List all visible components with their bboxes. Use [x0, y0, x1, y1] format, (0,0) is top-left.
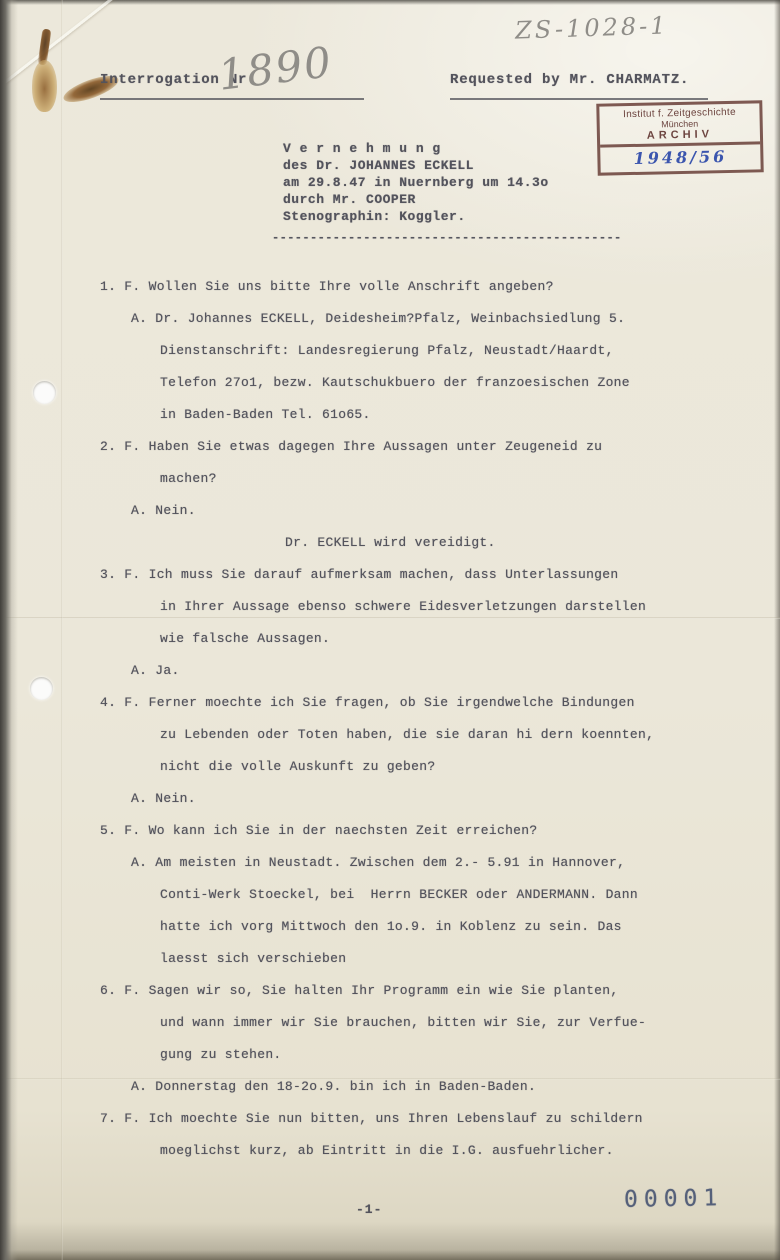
typed-line: in Baden-Baden Tel. 61o65.	[0, 399, 780, 431]
typed-line: nicht die volle Auskunft zu geben?	[0, 751, 780, 783]
typed-line: 3. F. Ich muss Sie darauf aufmerksam mac…	[0, 559, 780, 591]
typed-line: A. Donnerstag den 18-2o.9. bin ich in Ba…	[0, 1071, 780, 1103]
typed-line: Dr. ECKELL wird vereidigt.	[0, 527, 780, 559]
typed-line: laesst sich verschieben	[0, 943, 780, 975]
typed-line: gung zu stehen.	[0, 1039, 780, 1071]
typed-line: Dienstanschrift: Landesregierung Pfalz, …	[0, 335, 780, 367]
requested-by-label: Requested by Mr. CHARMATZ.	[450, 72, 708, 100]
typed-line: 6. F. Sagen wir so, Sie halten Ihr Progr…	[0, 975, 780, 1007]
handwritten-archive-code: ZS-1028-1	[515, 11, 669, 44]
title-block-line: durch Mr. COOPER	[283, 191, 549, 208]
handwritten-registry-number: 1948/56	[600, 141, 760, 168]
page-number: -1-	[356, 1202, 382, 1217]
typed-line: A. Nein.	[0, 495, 780, 527]
archive-ink-stamp: Institut f. Zeitgeschichte München ARCHI…	[596, 100, 763, 175]
typed-line: A. Am meisten in Neustadt. Zwischen dem …	[0, 847, 780, 879]
dashed-separator: ----------------------------------------…	[272, 231, 622, 245]
typed-line: hatte ich vorg Mittwoch den 1o.9. in Kob…	[0, 911, 780, 943]
typed-line: machen?	[0, 463, 780, 495]
typed-line: zu Lebenden oder Toten haben, die sie da…	[0, 719, 780, 751]
typed-line: 5. F. Wo kann ich Sie in der naechsten Z…	[0, 815, 780, 847]
document-title-block: V e r n e h m u n gdes Dr. JOHANNES ECKE…	[283, 140, 549, 225]
scanned-document-page: ZS-1028-1 Interrogation Nr. 1890 Request…	[0, 0, 780, 1260]
typed-line: moeglichst kurz, ab Eintritt in die I.G.…	[0, 1135, 780, 1167]
interrogation-transcript: 1. F. Wollen Sie uns bitte Ihre volle An…	[0, 271, 780, 1167]
title-block-line: Stenographin: Koggler.	[283, 208, 549, 225]
scan-edge-top	[0, 0, 780, 5]
rust-stain	[32, 60, 57, 112]
typed-line: 1. F. Wollen Sie uns bitte Ihre volle An…	[0, 271, 780, 303]
typed-line: A. Nein.	[0, 783, 780, 815]
typed-line: 7. F. Ich moechte Sie nun bitten, uns Ih…	[0, 1103, 780, 1135]
typed-line: wie falsche Aussagen.	[0, 623, 780, 655]
typed-line: 2. F. Haben Sie etwas dagegen Ihre Aussa…	[0, 431, 780, 463]
title-block-line: V e r n e h m u n g	[283, 140, 549, 157]
pagination-stamp: 00001	[624, 1185, 724, 1213]
typed-line: A. Ja.	[0, 655, 780, 687]
typed-line: Telefon 27o1, bezw. Kautschukbuero der f…	[0, 367, 780, 399]
typed-line: 4. F. Ferner moechte ich Sie fragen, ob …	[0, 687, 780, 719]
typed-line: und wann immer wir Sie brauchen, bitten …	[0, 1007, 780, 1039]
typed-line: in Ihrer Aussage ebenso schwere Eidesver…	[0, 591, 780, 623]
typed-line: A. Dr. Johannes ECKELL, Deidesheim?Pfalz…	[0, 303, 780, 335]
title-block-line: des Dr. JOHANNES ECKELL	[283, 157, 549, 174]
title-block-line: am 29.8.47 in Nuernberg um 14.3o	[283, 174, 549, 191]
typed-line: Conti-Werk Stoeckel, bei Herrn BECKER od…	[0, 879, 780, 911]
